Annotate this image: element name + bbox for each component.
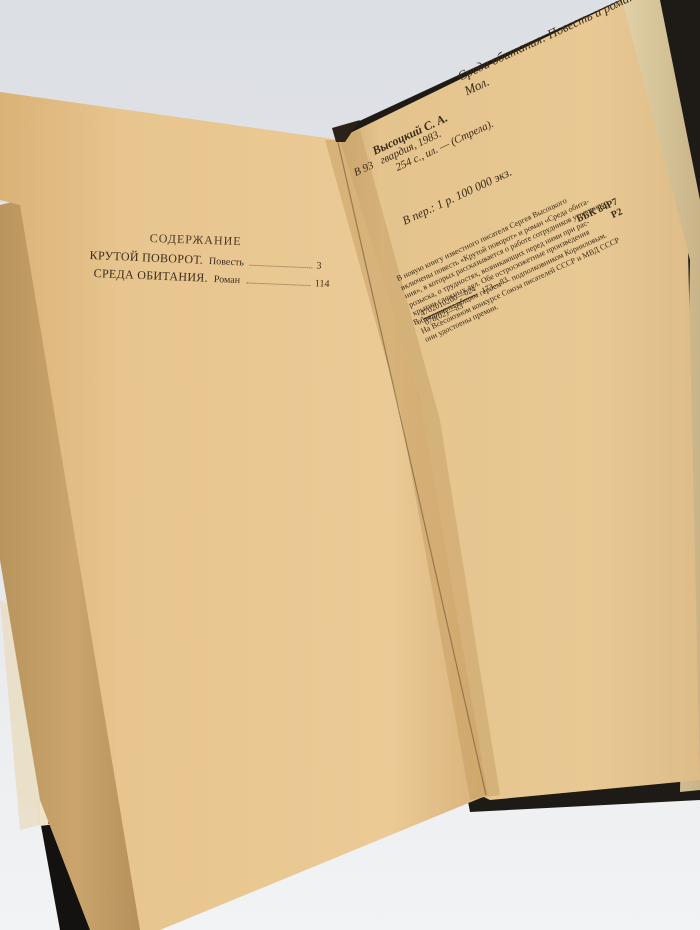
photo-scene: СОДЕРЖАНИЕ КРУТОЙ ПОВОРОТ. Повесть 3 СРЕ…: [0, 0, 700, 930]
toc-leader-dots: [250, 265, 313, 269]
toc-entry-page: 114: [315, 278, 330, 290]
book-illustration: [0, 0, 700, 930]
toc-entry-genre: Роман: [214, 274, 241, 286]
toc-entry-genre: Повесть: [209, 256, 244, 268]
toc-entry-page: 3: [316, 261, 321, 272]
toc-heading: СОДЕРЖАНИЕ: [149, 231, 241, 249]
toc-leader-dots: [246, 282, 311, 286]
